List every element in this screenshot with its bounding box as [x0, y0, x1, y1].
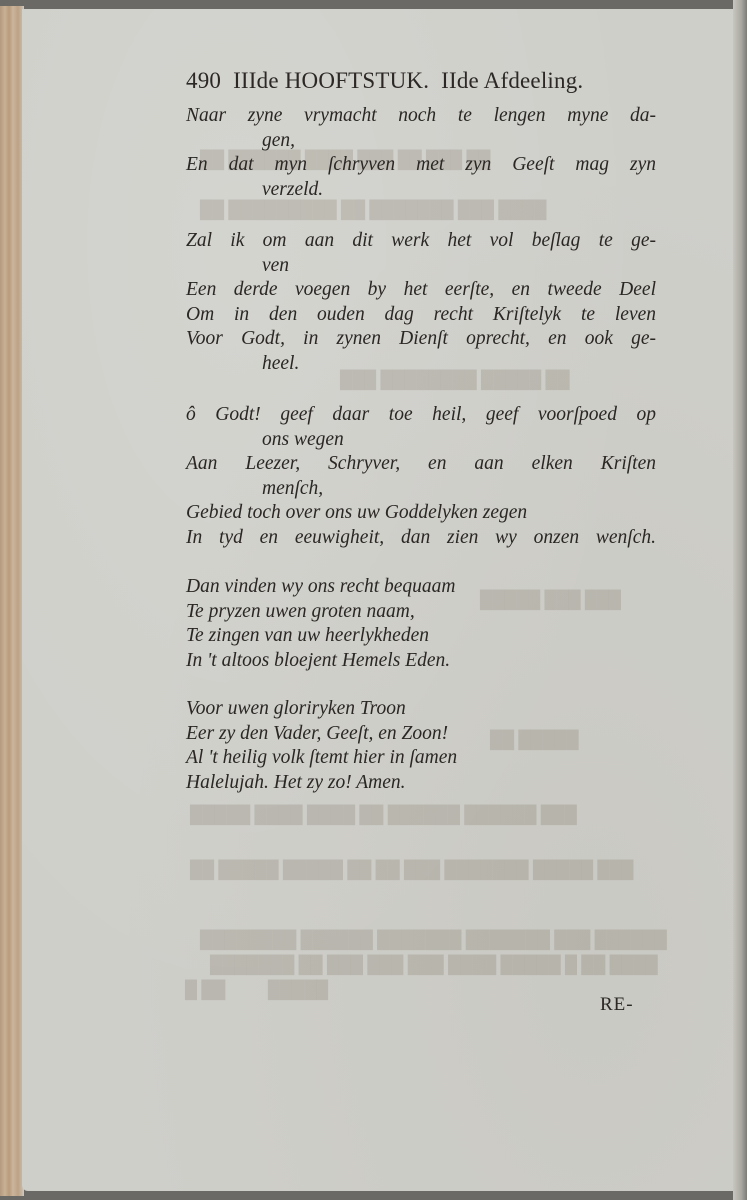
catchword: RE- [600, 994, 634, 1016]
verse-line: ons wegen [186, 428, 656, 453]
verse-line: Te pryzen uwen groten naam, [186, 600, 656, 625]
verse-line: Voor uwen gloriryken Troon [186, 697, 656, 722]
verse-line: Voor Godt, in zynen Dienſt oprecht, en o… [186, 327, 656, 352]
verse-line: Eer zy den Vader, Geeſt, en Zoon! [186, 722, 656, 747]
page-edge-right [733, 0, 747, 1200]
verse-line: Aan Leezer, Schryver, en aan elken Kriſt… [186, 452, 656, 477]
section-title: IIde Afdeeling. [441, 68, 583, 93]
stanza-1: Naar zyne vrymacht noch te lengen myne d… [186, 104, 656, 202]
verse-line: Zal ik om aan dit werk het vol beſlag te… [186, 229, 656, 254]
verse-line: In 't altoos bloejent Hemels Eden. [186, 649, 656, 674]
verse-line: menſch, [186, 477, 656, 502]
verse-line: heel. [186, 352, 656, 377]
verse-line: Een derde voegen by het eerſte, en tweed… [186, 278, 656, 303]
chapter-title: IIIde HOOFTSTUK. [233, 68, 429, 93]
verse-line: Al 't heilig volk ſtemt hier in ſamen [186, 746, 656, 771]
verse-line: Halelujah. Het zy zo! Amen. [186, 771, 656, 796]
page-edge-left [0, 6, 24, 1196]
stanza-4: Dan vinden wy ons recht bequaam Te pryze… [186, 575, 656, 673]
verse-line: Om in den ouden dag recht Kriſtelyk te l… [186, 303, 656, 328]
stanza-2: Zal ik om aan dit werk het vol beſlag te… [186, 229, 656, 376]
verse-line: Naar zyne vrymacht noch te lengen myne d… [186, 104, 656, 129]
verse-line: Te zingen van uw heerlykheden [186, 624, 656, 649]
verse-line: verzeld. [186, 178, 656, 203]
verse-line: En dat myn ſchryven met zyn Geeſt mag zy… [186, 153, 656, 178]
stanza-5: Voor uwen gloriryken Troon Eer zy den Va… [186, 697, 656, 795]
verse-line: Gebied toch over ons uw Goddelyken zegen [186, 501, 656, 526]
verse-line: gen, [186, 129, 656, 154]
verse-line: Dan vinden wy ons recht bequaam [186, 575, 656, 600]
running-head: 490 IIIde HOOFTSTUK. IIde Afdeeling. [186, 68, 583, 94]
stanza-3: ô Godt! geef daar toe heil, geef voorſpo… [186, 403, 656, 550]
verse-line: ven [186, 254, 656, 279]
page-number: 490 [186, 68, 221, 93]
verse-line: ô Godt! geef daar toe heil, geef voorſpo… [186, 403, 656, 428]
verse-line: In tyd en eeuwigheit, dan zien wy onzen … [186, 526, 656, 551]
